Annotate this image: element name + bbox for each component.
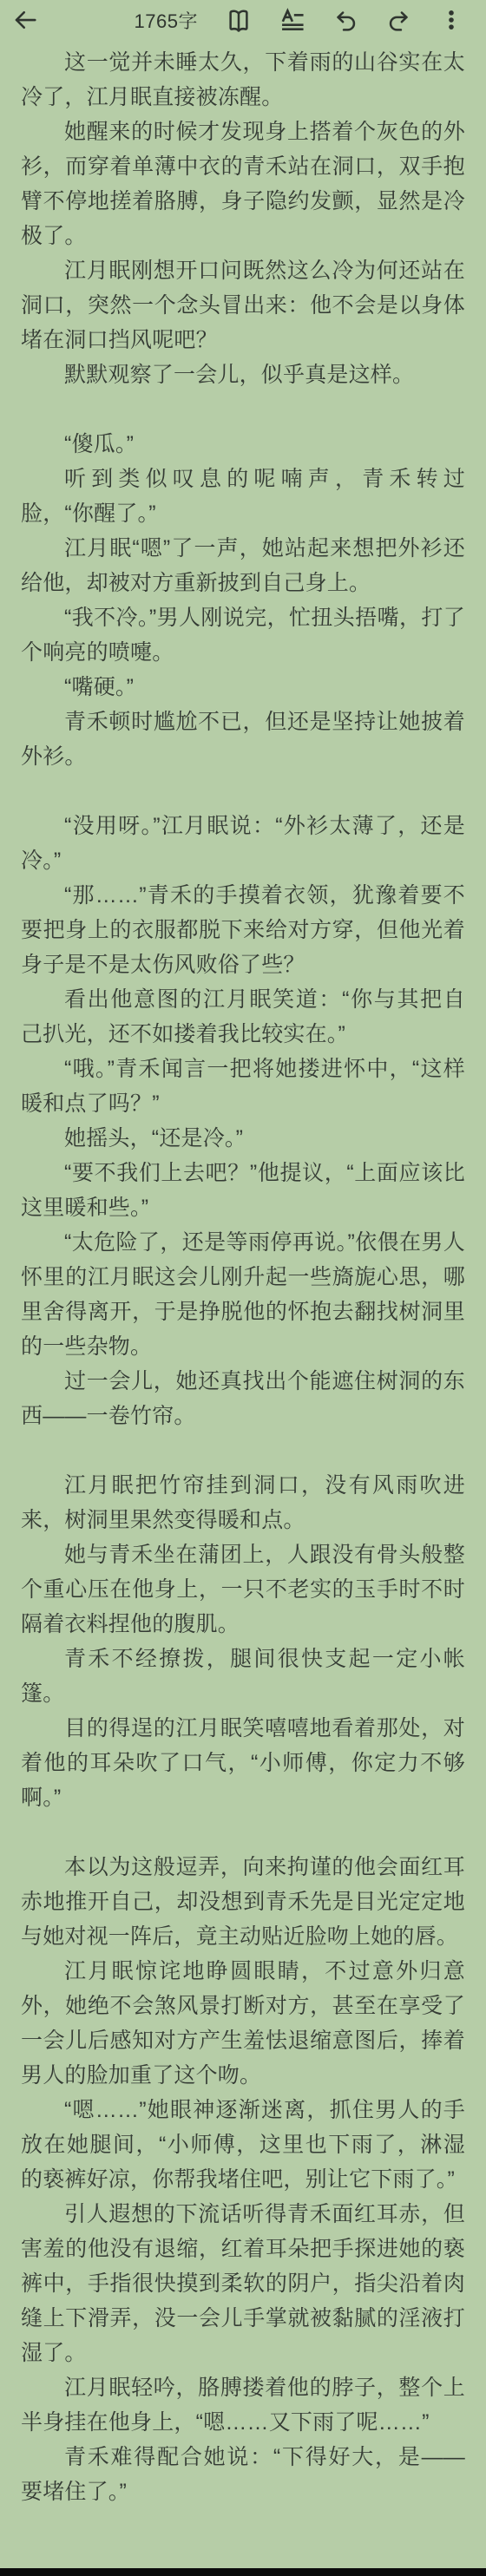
paragraph: “我不冷。”男人刚说完，忙扭头捂嘴，打了个响亮的喷嚏。: [21, 600, 465, 670]
paragraph: “傻瓜。”: [21, 427, 465, 462]
text-format-button[interactable]: [279, 7, 305, 33]
paragraph: 本以为这般逗弄，向来拘谨的他会面红耳赤地推开自己，却没想到青禾先是目光定定地与她…: [21, 1850, 465, 1954]
paragraph: 看出他意图的江月眠笑道：“你与其把自己扒光，还不如搂着我比较实在。”: [21, 982, 465, 1052]
paragraph: 她与青禾坐在蒲团上，人跟没有骨头般整个重心压在他身上，一只不老实的玉手时不时隔着…: [21, 1537, 465, 1642]
blank-line: [21, 774, 465, 809]
paragraph: 目的得逞的江月眠笑嘻嘻地看着那处，对着他的耳朵吹了口气，“小师傅，你定力不够啊。…: [21, 1711, 465, 1815]
paragraph: 青禾难得配合她说：“下得好大，是——要堵住了。”: [21, 2440, 465, 2509]
paragraph: 过一会儿，她还真找出个能遮住树洞的东西——一卷竹帘。: [21, 1364, 465, 1433]
bottom-bar: [0, 2568, 486, 2576]
open-book-button[interactable]: [226, 7, 252, 33]
redo-button[interactable]: [386, 8, 411, 33]
paragraph: “太危险了，还是等雨停再说。”依偎在男人怀里的江月眠这会儿刚升起一些旖旎心思，哪…: [21, 1225, 465, 1364]
paragraph: “那……”青禾的手摸着衣领，犹豫着要不要把身上的衣服都脱下来给对方穿，但他光着身…: [21, 878, 465, 982]
paragraph: 青禾不经撩拨，腿间很快支起一定小帐篷。: [21, 1642, 465, 1711]
paragraph: 江月眠轻吟，胳膊搂着他的脖子，整个上半身挂在他身上，“嗯……又下雨了呢……”: [21, 2370, 465, 2440]
blank-line: [21, 1433, 465, 1468]
word-count-label: 1765字: [135, 7, 198, 34]
paragraph: 默默观察了一会儿，似乎真是这样。: [21, 357, 465, 392]
more-menu-button[interactable]: [439, 8, 463, 32]
toolbar-right-group: 1765字: [135, 7, 463, 34]
paragraph: 青禾顿时尴尬不已，但还是坚持让她披着外衫。: [21, 705, 465, 774]
back-arrow-icon: [12, 7, 38, 33]
paragraph: 江月眠把竹帘挂到洞口，没有风雨吹进来，树洞里果然变得暖和点。: [21, 1468, 465, 1537]
paragraph: “哦。”青禾闻言一把将她搂进怀中，“这样暖和点了吗？”: [21, 1052, 465, 1121]
blank-line: [21, 392, 465, 427]
undo-button[interactable]: [333, 8, 358, 33]
open-book-icon: [226, 7, 252, 33]
back-button[interactable]: [12, 7, 38, 33]
redo-icon: [386, 8, 411, 33]
undo-icon: [333, 8, 358, 33]
paragraph: 她摇头，“还是冷。”: [21, 1121, 465, 1156]
paragraph: 她醒来的时候才发现身上搭着个灰色的外衫，而穿着单薄中衣的青禾站在洞口，双手抱臂不…: [21, 115, 465, 253]
paragraph: “嗯……”她眼神逐渐迷离，抓住男人的手放在她腿间，“小师傅，这里也下雨了，淋湿的…: [21, 2093, 465, 2197]
reader-screen: 1765字: [0, 0, 486, 2576]
blank-line: [21, 1815, 465, 1850]
paragraph: 江月眠惊诧地睁圆眼睛，不过意外归意外，她绝不会煞风景打断对方，甚至在享受了一会儿…: [21, 1954, 465, 2093]
more-menu-icon: [439, 8, 463, 32]
text-format-icon: [279, 7, 305, 33]
paragraph: 江月眠“嗯”了一声，她站起来想把外衫还给他，却被对方重新披到自己身上。: [21, 531, 465, 600]
paragraph: 引人遐想的下流话听得青禾面红耳赤，但害羞的他没有退缩，红着耳朵把手探进她的亵裤中…: [21, 2197, 465, 2370]
paragraph: 江月眠刚想开口问既然这么冷为何还站在洞口，突然一个念头冒出来：他不会是以身体堵在…: [21, 253, 465, 357]
reading-area[interactable]: 这一觉并未睡太久，下着雨的山谷实在太冷了，江月眠直接被冻醒。她醒来的时候才发现身…: [0, 40, 486, 2509]
paragraph: “没用呀。”江月眠说：“外衫太薄了，还是冷。”: [21, 809, 465, 878]
paragraph: “要不我们上去吧？”他提议，“上面应该比这里暖和些。”: [21, 1156, 465, 1225]
paragraph: 听到类似叹息的呢喃声，青禾转过脸，“你醒了。”: [21, 462, 465, 531]
paragraph: “嘴硬。”: [21, 670, 465, 705]
top-toolbar: 1765字: [0, 0, 486, 40]
paragraph: 这一觉并未睡太久，下着雨的山谷实在太冷了，江月眠直接被冻醒。: [21, 45, 465, 115]
